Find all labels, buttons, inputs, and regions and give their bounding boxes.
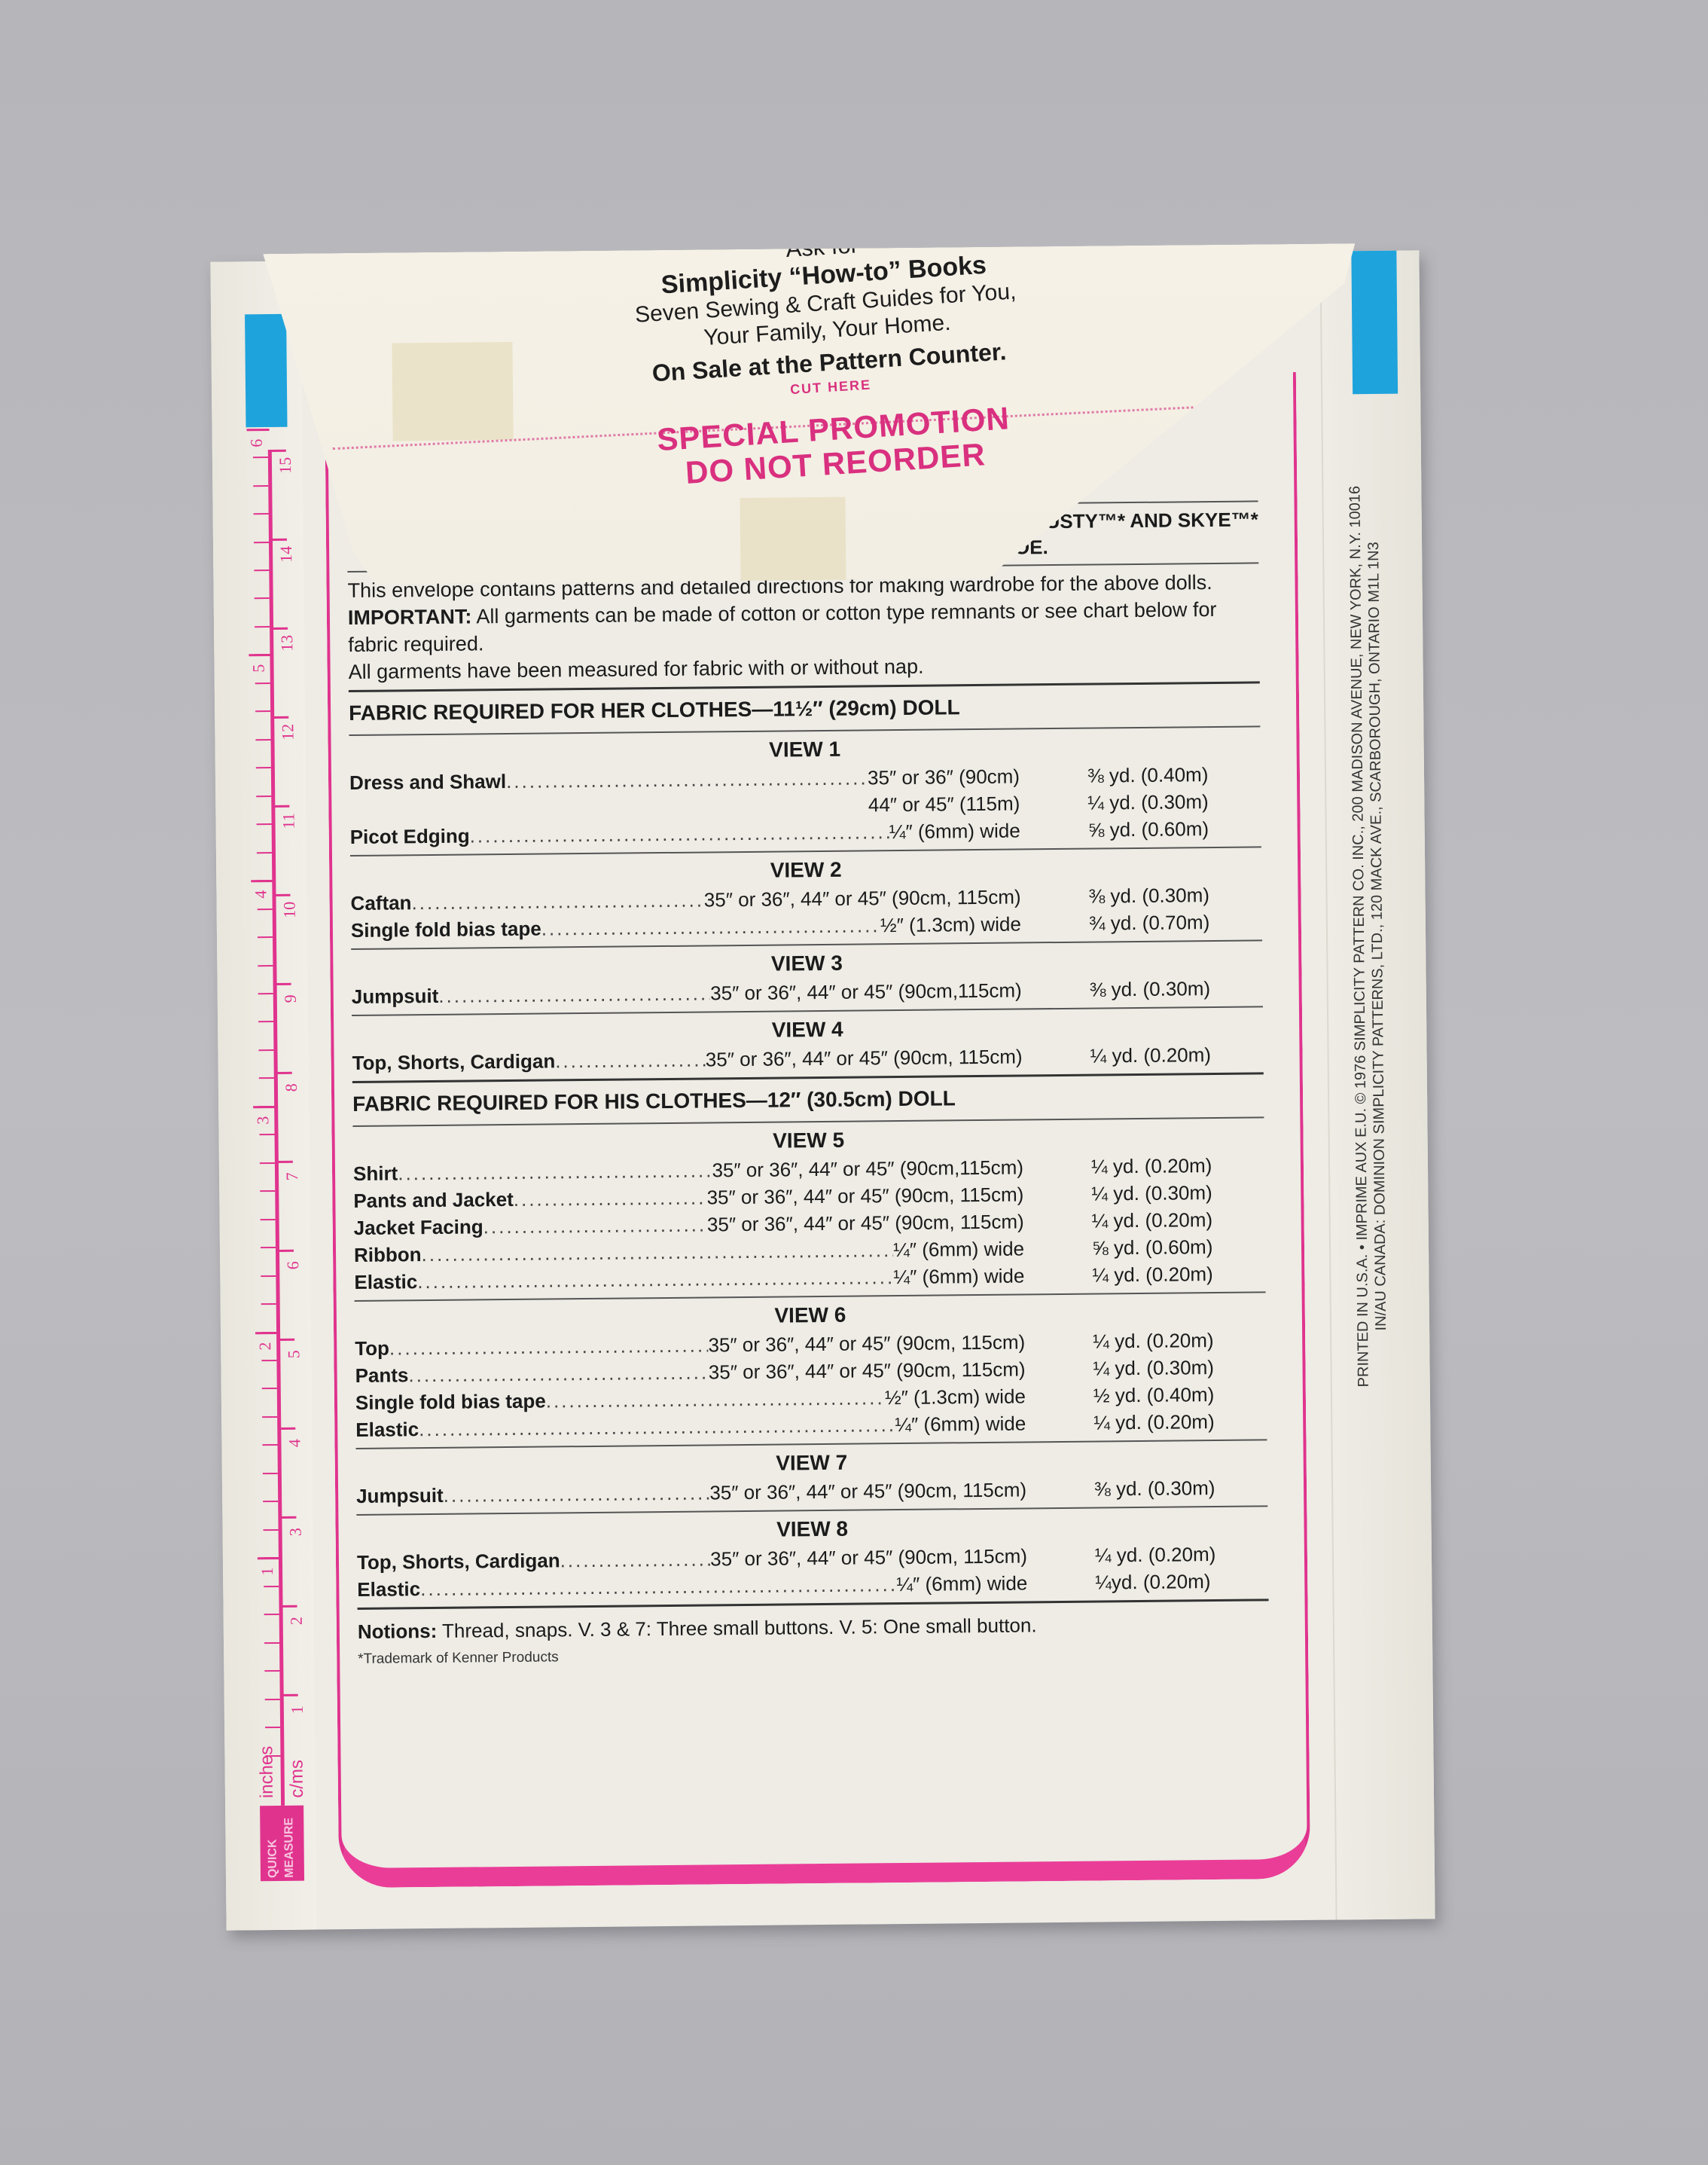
ruler-minor-tick [257,852,272,853]
ruler-cm-label: 12 [278,721,297,744]
fabric-width: ½″ (1.3cm) wide [885,1382,1026,1411]
fabric-width: 35″ or 36″, 44″ or 45″ (90cm, 115cm) [710,1542,1027,1572]
yardage: ¼ yd. (0.30m) [1020,787,1261,817]
ruler-minor-tick [259,1106,274,1107]
garment-name: Pants and Jacket [353,1186,514,1214]
ruler-minor-tick [264,1614,279,1615]
ruler-cm-label: 7 [282,1165,302,1188]
ruler-minor-tick [256,795,271,797]
garment-name: Jumpsuit [356,1482,444,1510]
tape-residue [740,497,846,581]
ruler-cm-tick [273,894,290,896]
ruler-cm-label: 10 [280,899,300,921]
ruler-cm-tick [277,1250,294,1252]
ruler-minor-tick [263,1473,278,1474]
ruler-minor-tick [262,1388,277,1389]
yardage: ¼ yd. (0.20m) [1023,1151,1264,1180]
leader-dots [389,1331,709,1361]
ruler-minor-tick [264,1586,279,1587]
ruler-minor-tick [260,1162,275,1164]
leader-dots [417,1263,894,1295]
ruler-brand-line2: MEASURE [282,1818,297,1878]
pattern-envelope-back: QUICK MEASURE inches c/ms 12345678910111… [210,250,1435,1930]
flap-ad: Ask for Simplicity “How-to” Books Seven … [558,218,1100,498]
ruler-cm-label: 5 [284,1343,303,1366]
ruler-minor-tick [258,1049,273,1051]
yardage: ⅜ yd. (0.30m) [1022,974,1263,1003]
ruler-minor-tick [264,1642,279,1644]
ruler-minor-tick [258,965,273,966]
leader-dots [483,1211,708,1240]
yardage: ¼ yd. (0.20m) [1024,1205,1265,1235]
garment-name: Top, Shorts, Cardigan [357,1547,560,1576]
ruler-minor-tick [265,1754,280,1756]
ruler-cm-tick [276,1072,292,1074]
garment-name: Jacket Facing [354,1213,483,1241]
leader-dots [469,818,889,849]
garment-name: Elastic [355,1415,419,1443]
garment-name: Elastic [354,1268,417,1296]
yardage: ¼ yd. (0.20m) [1027,1540,1268,1569]
ruler-cm-tick [275,983,291,985]
ruler-cm-label: 1 [288,1699,307,1721]
ruler-minor-tick [253,485,268,487]
ruler-minor-tick [254,569,269,571]
ruler-brand-badge: QUICK MEASURE [260,1806,304,1882]
fabric-width: 35″ or 36″, 44″ or 45″ (90cm, 115cm) [706,1043,1023,1073]
yardage: ¼ yd. (0.20m) [1025,1326,1266,1355]
fabric-width: 35″ or 36″, 44″ or 45″ (90cm, 115cm) [708,1328,1025,1358]
important-text: All garments can be made of cotton or co… [348,598,1216,656]
pattern-info-panel: The WA SUCH AS BARBIE, DUSTY™* AND SKYE™… [346,470,1269,1668]
notions-text: Thread, snaps. V. 3 & 7: Three small but… [437,1614,1037,1642]
leader-dots [444,1479,710,1508]
ruler-cm-label: 3 [285,1521,305,1544]
ruler-inch-label: 3 [253,1109,273,1131]
important-note: IMPORTANT: All garments can be made of c… [348,595,1260,658]
fabric-width: 44″ or 45″ (115m) [868,789,1020,818]
ruler-minor-tick [261,1303,276,1305]
fabric-requirements: FABRIC REQUIRED FOR HER CLOTHES—11½″ (29… [349,688,1268,1603]
ruler-minor-tick [258,993,273,994]
ruler-minor-tick [258,908,273,910]
leader-dots [419,1411,895,1443]
leader-dots [546,1384,886,1414]
ruler-cm-tick [272,716,288,719]
ruler-cm-tick [278,1339,294,1341]
ruler-brand-line1: QUICK [267,1839,280,1878]
ruler-minor-tick [253,457,268,458]
yardage: ⅜ yd. (0.30m) [1020,881,1261,910]
yardage: ⅜ yd. (0.30m) [1026,1473,1267,1503]
fabric-width: 35″ or 36″, 44″ or 45″ (90cm, 115cm) [709,1476,1026,1506]
fabric-width: 35″ or 36″, 44″ or 45″ (90cm,115cm) [710,976,1022,1006]
leader-dots [411,887,704,917]
fabric-width: ¼″ (6mm) wide [893,1262,1024,1290]
yardage: ¼ yd. (0.20m) [1026,1407,1267,1437]
yardage: ¼yd. (0.20m) [1027,1567,1268,1596]
ruler-unit-cm: c/ms [286,1760,307,1798]
yardage: ¼ yd. (0.20m) [1022,1040,1263,1070]
ruler-cm-tick [281,1605,297,1608]
garment-name: Elastic [357,1575,420,1603]
yardage: ¾ yd. (0.70m) [1021,908,1262,937]
fabric-width: ½″ (1.3cm) wide [880,910,1021,939]
ruler-minor-tick [259,1077,274,1079]
ruler-minor-tick [260,1190,275,1192]
ruler-minor-tick [265,1699,280,1700]
ruler-inch-label: 1 [258,1560,277,1583]
ruler-inch-label: 5 [249,657,268,679]
garment-name: Picot Edging [350,822,470,850]
notions-line: Notions: Thread, snaps. V. 3 & 7: Three … [358,1611,1269,1644]
ruler-minor-tick [265,1727,280,1728]
leader-dots [560,1545,710,1574]
ruler-minor-tick [255,682,270,684]
fabric-width: 35″ or 36″, 44″ or 45″ (90cm, 115cm) [707,1208,1024,1238]
ruler-unit-inches: inches [256,1746,278,1799]
yardage: ¼ yd. (0.30m) [1023,1178,1264,1208]
leader-dots [506,764,868,795]
ruler-inch-label: 2 [255,1335,275,1357]
ruler-cm-label: 9 [281,988,300,1010]
ruler-minor-tick [256,767,271,768]
yardage: ½ yd. (0.40m) [1026,1380,1267,1409]
ruler-minor-tick [264,1670,279,1672]
ruler-cm-tick [270,539,287,541]
fabric-width: 35″ or 36″, 44″ or 45″ (90cm,115cm) [712,1153,1023,1183]
ruler-minor-tick [257,880,272,881]
ruler-cm-tick [271,628,288,630]
fabric-row: Jumpsuit35″ or 36″, 44″ or 45″ (90cm,115… [352,974,1263,1010]
ruler-cm-tick [270,450,286,452]
garment-name: Pants [355,1361,408,1389]
ruler-minor-tick [257,823,272,825]
notions-label: Notions: [358,1620,438,1643]
garment-name: Single fold bias tape [351,915,541,944]
fabric-width: ¼″ (6mm) wide [893,1235,1024,1263]
ruler-minor-tick [255,739,270,740]
important-label: IMPORTANT: [348,605,472,629]
ruler-minor-tick [262,1416,277,1418]
ruler-cm-label: 14 [276,543,296,566]
ruler-cm-label: 8 [282,1076,301,1099]
fabric-width: ¼″ (6mm) wide [896,1569,1027,1598]
ruler-cm-label: 13 [277,632,297,655]
ruler-minor-tick [258,936,273,938]
ruler-minor-tick [264,1529,279,1531]
fabric-width: 35″ or 36″, 44″ or 45″ (90cm, 115cm) [709,1355,1026,1385]
blue-tab-right [1351,251,1398,395]
ruler-minor-tick [261,1247,276,1248]
ruler-minor-tick [261,1360,276,1361]
ruler-cm-label: 4 [285,1432,304,1455]
ruler-cm-tick [282,1694,298,1696]
ruler-inch-label: 4 [251,883,270,905]
ruler-inch-tick [247,429,270,431]
ruler-minor-tick [254,513,269,515]
yardage: ⅜ yd. (0.40m) [1020,760,1261,789]
ruler-minor-tick [255,654,270,655]
garment-name: Top [355,1335,389,1362]
ruler-cm-tick [279,1428,295,1430]
leader-dots [555,1046,706,1074]
ruler-minor-tick [264,1557,279,1559]
ruler-cm-tick [276,1161,293,1163]
ruler-minor-tick [261,1275,276,1277]
ruler-minor-tick [261,1332,276,1333]
leader-dots [438,979,710,1009]
yardage: ¼ yd. (0.30m) [1025,1353,1266,1382]
leader-dots [408,1358,709,1388]
ruler-minor-tick [255,626,270,628]
ruler-minor-tick [254,542,269,543]
section-title: FABRIC REQUIRED FOR HIS CLOTHES—12″ (30.… [352,1079,1264,1121]
garment-name: Dress and Shawl [349,768,506,796]
garment-name: Ribbon [354,1241,422,1269]
ruler-cm-label: 11 [279,810,298,832]
garment-name: Shirt [353,1159,398,1187]
ruler-cm-tick [273,805,289,808]
fabric-width: 35″ or 36″, 44″ or 45″ (90cm, 115cm) [704,883,1021,913]
leader-dots [514,1183,707,1212]
fabric-width: 35″ or 36″, 44″ or 45″ (90cm, 115cm) [706,1180,1023,1211]
garment-name: Top, Shorts, Cardigan [352,1047,555,1076]
ruler-minor-tick [255,710,270,712]
ruler-minor-tick [260,1134,275,1135]
ruler-cm-tick [279,1516,296,1519]
ruler-cm-label: 15 [276,454,295,477]
leader-dots [420,1571,897,1602]
fabric-row: Jumpsuit35″ or 36″, 44″ or 45″ (90cm, 11… [356,1473,1267,1510]
yardage: ⅝ yd. (0.60m) [1024,1232,1265,1262]
ruler-inch-label: 6 [247,432,267,454]
leader-dots [398,1156,712,1186]
blue-tab-left [245,314,287,428]
fabric-width: 35″ or 36″ (90cm) [868,762,1020,791]
ruler-minor-tick [255,597,270,599]
ruler-minor-tick [258,1021,273,1022]
garment-name: Jumpsuit [352,982,439,1010]
leader-dots [541,911,881,942]
garment-name: Single fold bias tape [355,1388,546,1416]
ruler-minor-tick [261,1219,276,1220]
ruler-cm-label: 2 [287,1610,307,1632]
yardage: ⅝ yd. (0.60m) [1020,814,1261,844]
fabric-width: ¼″ (6mm) wide [889,817,1020,845]
yardage: ¼ yd. (0.20m) [1024,1260,1265,1289]
garment-name: Caftan [350,889,411,917]
fabric-row: Top, Shorts, Cardigan35″ or 36″, 44″ or … [352,1040,1263,1076]
ruler-minor-tick [262,1444,277,1446]
section-title: FABRIC REQUIRED FOR HER CLOTHES—11½″ (29… [349,688,1260,730]
ruler-cm-label: 6 [283,1254,303,1277]
fabric-width: ¼″ (6mm) wide [895,1409,1026,1438]
leader-dots [421,1236,893,1268]
ruler-minor-tick [263,1501,278,1502]
tape-residue [392,342,513,441]
